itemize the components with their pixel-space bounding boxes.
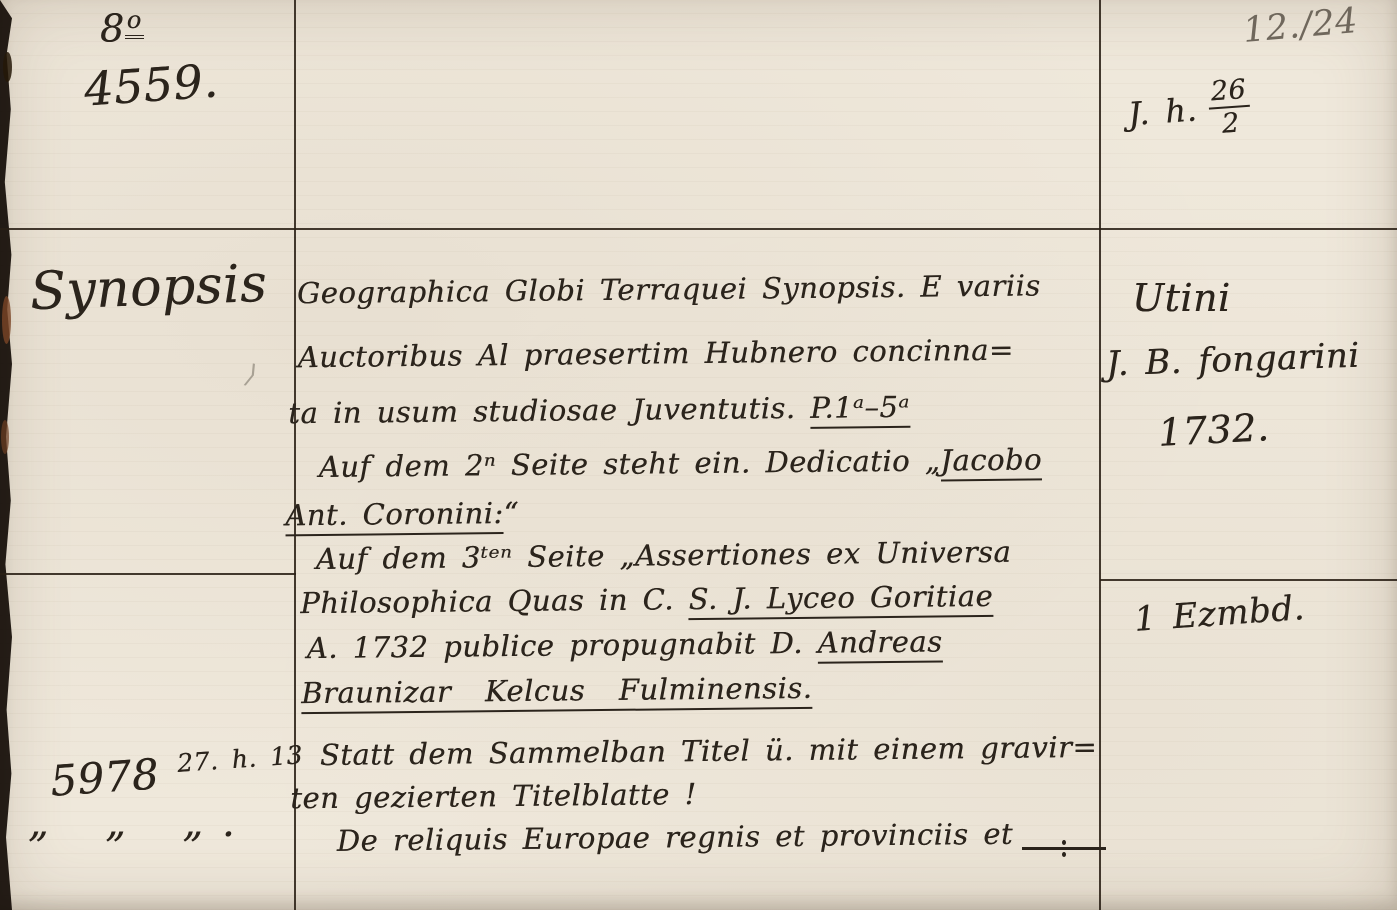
manuscript-line-8: A. 1732 publice propugnabit D. Andreas bbox=[307, 624, 943, 665]
format-designation: 8o bbox=[100, 6, 144, 51]
text-segment: Braunizar Kelcus Fulminensis. bbox=[301, 671, 813, 714]
manuscript-line-4: Auf dem 2ⁿ Seite steht ein. Dedicatio „J… bbox=[319, 442, 1042, 484]
catalog-heading: Synopsis bbox=[29, 254, 268, 322]
manuscript-line-5: Ant. Coronini:“ bbox=[285, 496, 519, 532]
text-segment: Auf dem 3ᵗᵉⁿ Seite „Assertiones ex Unive… bbox=[316, 535, 1012, 576]
ditto-mark: „ . bbox=[182, 800, 235, 846]
text-segment: S. J. Lyceo Goritiae bbox=[688, 579, 993, 620]
manuscript-line-2: Auctoribus Al praesertim Hubnero concinn… bbox=[297, 333, 1013, 374]
pencil-tick: ⟩ bbox=[243, 359, 260, 391]
continuation-dot bbox=[1062, 852, 1066, 857]
grid-line-horizontal-left bbox=[0, 573, 296, 575]
ditto-mark: „ bbox=[28, 800, 49, 846]
text-segment: De reliquis Europae regnis et provinciis… bbox=[337, 817, 1014, 858]
text-segment: ta in usum studiosae Juventutis. bbox=[288, 391, 810, 430]
date-prefix: J. h. bbox=[1127, 91, 1198, 134]
text-segment: ten gezierten Titelblatte ! bbox=[290, 777, 697, 815]
continuation-bar bbox=[1022, 847, 1106, 850]
manuscript-line-12: De reliquis Europae regnis et provinciis… bbox=[337, 817, 1014, 858]
manuscript-line-7: Philosophica Quas in C. S. J. Lyceo Gori… bbox=[300, 579, 993, 620]
ditto-mark: „ bbox=[105, 800, 126, 846]
manuscript-line-10: Statt dem Sammelban Titel ü. mit einem g… bbox=[320, 730, 1098, 772]
manuscript-line-1: Geographica Globi Terraquei Synopsis. E … bbox=[297, 268, 1041, 310]
fraction-denominator: 2 bbox=[1221, 108, 1241, 138]
text-segment: “ bbox=[504, 496, 520, 530]
torn-paper-edge bbox=[0, 0, 12, 910]
grid-line-horizontal-right bbox=[1100, 579, 1397, 581]
imprint-place: Utini bbox=[1132, 276, 1231, 320]
shelfmark-detail: 27. h. 13 bbox=[176, 740, 304, 778]
continuation-mark bbox=[1022, 840, 1106, 857]
text-segment: Jacobo bbox=[940, 442, 1042, 481]
imprint-year: 1732. bbox=[1157, 405, 1270, 455]
imprint-printer: J. B. fongarini bbox=[1105, 336, 1360, 385]
text-segment: Statt dem Sammelban Titel ü. mit einem g… bbox=[320, 730, 1098, 772]
manuscript-entry-text: Geographica Globi Terraquei Synopsis. E … bbox=[297, 268, 1103, 886]
text-segment: A. 1732 publice propugnabit D. bbox=[307, 626, 818, 665]
manuscript-line-11: ten gezierten Titelblatte ! bbox=[290, 777, 697, 815]
ditto-marks-row: „„„ . bbox=[28, 800, 235, 846]
pencil-annotation: 12./24 bbox=[1241, 1, 1359, 51]
date-fraction: 26 2 bbox=[1207, 76, 1252, 139]
continuation-dot bbox=[1062, 840, 1066, 845]
fraction-numerator: 26 bbox=[1207, 76, 1250, 110]
catalog-card: 8o 4559. 12./24 J. h. 26 2 Synopsis ⟩ Ge… bbox=[0, 0, 1397, 910]
text-segment: Auf dem 2ⁿ Seite steht ein. Dedicatio „ bbox=[319, 443, 941, 484]
format-number: 8 bbox=[100, 7, 125, 51]
date-annotation: J. h. 26 2 bbox=[1126, 76, 1252, 144]
text-segment: Auctoribus Al praesertim Hubnero concinn… bbox=[297, 333, 1013, 374]
manuscript-line-9: Braunizar Kelcus Fulminensis. bbox=[301, 671, 813, 710]
text-segment: Geographica Globi Terraquei Synopsis. E … bbox=[297, 268, 1041, 310]
grid-line-horizontal-top bbox=[0, 228, 1397, 230]
copies-note: 1 Ezmbd. bbox=[1133, 588, 1306, 640]
text-segment: P.1ᵃ–5ᵃ bbox=[810, 390, 910, 429]
accession-number: 4559. bbox=[82, 53, 220, 116]
paper-stain bbox=[1, 420, 9, 454]
paper-stain bbox=[3, 52, 12, 82]
shelfmark-number: 5978 bbox=[49, 749, 161, 805]
manuscript-line-6: Auf dem 3ᵗᵉⁿ Seite „Assertiones ex Unive… bbox=[316, 535, 1012, 576]
text-segment: Ant. Coronini: bbox=[285, 496, 504, 536]
format-superscript: o bbox=[125, 6, 144, 39]
shelfmark: 5978 27. h. 13 bbox=[49, 739, 306, 806]
text-segment: Philosophica Quas in C. bbox=[300, 582, 689, 620]
paper-stain bbox=[2, 296, 11, 344]
manuscript-line-3: ta in usum studiosae Juventutis. P.1ᵃ–5ᵃ bbox=[288, 390, 910, 431]
text-segment: Andreas bbox=[817, 624, 942, 663]
